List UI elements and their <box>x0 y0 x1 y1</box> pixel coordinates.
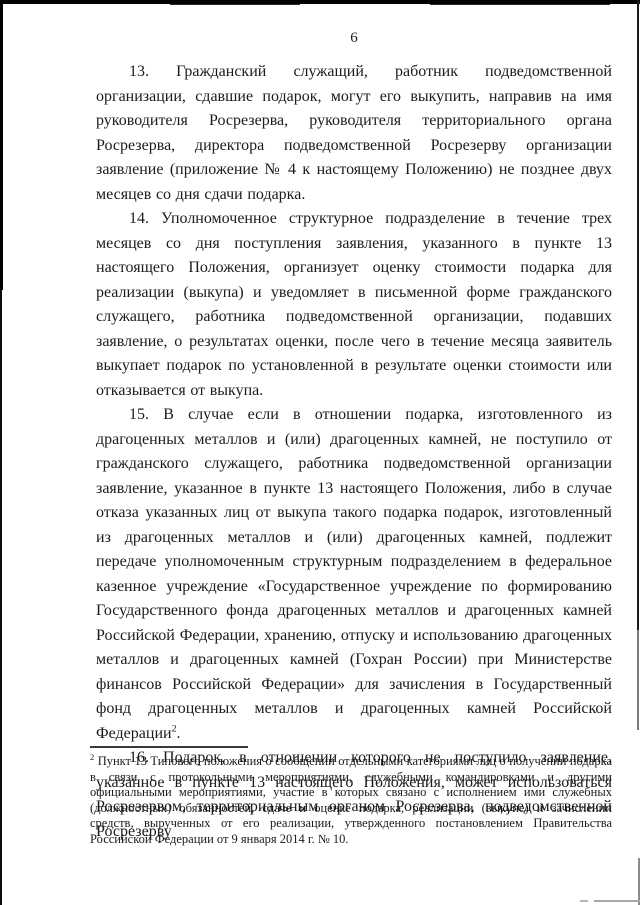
scan-artifact-top-ragged <box>430 4 610 5</box>
paragraph-15-tail: . <box>177 725 181 742</box>
scan-artifact-top-ragged <box>170 4 300 5</box>
footnote-body: Пункт 13 Типового положения о сообщении … <box>90 754 612 846</box>
scan-artifact-right-line <box>637 0 639 630</box>
scan-artifact-left-line-top <box>0 0 3 290</box>
scan-artifact-bottom-mark <box>594 900 640 902</box>
paragraph-14: 14. Уполномоченное структурное подраздел… <box>96 207 612 403</box>
document-page: 6 13. Гражданский служащий, работник под… <box>0 0 640 905</box>
footnote-text: 2 Пункт 13 Типового положения о сообщени… <box>90 754 612 847</box>
footnote-separator <box>90 746 248 748</box>
paragraph-15: 15. В случае если в отношении подарка, и… <box>96 403 612 746</box>
footnote-marker: 2 <box>90 752 94 762</box>
paragraph-13: 13. Гражданский служащий, работник подве… <box>96 60 612 207</box>
scan-artifact-right-line-faint <box>637 630 639 730</box>
scan-artifact-bottom-dash <box>580 900 588 902</box>
footnote: 2 Пункт 13 Типового положения о сообщени… <box>90 746 612 847</box>
paragraph-15-text: 15. В случае если в отношении подарка, и… <box>96 406 612 742</box>
page-number: 6 <box>96 30 612 47</box>
page-content: 6 13. Гражданский служащий, работник под… <box>96 30 612 844</box>
